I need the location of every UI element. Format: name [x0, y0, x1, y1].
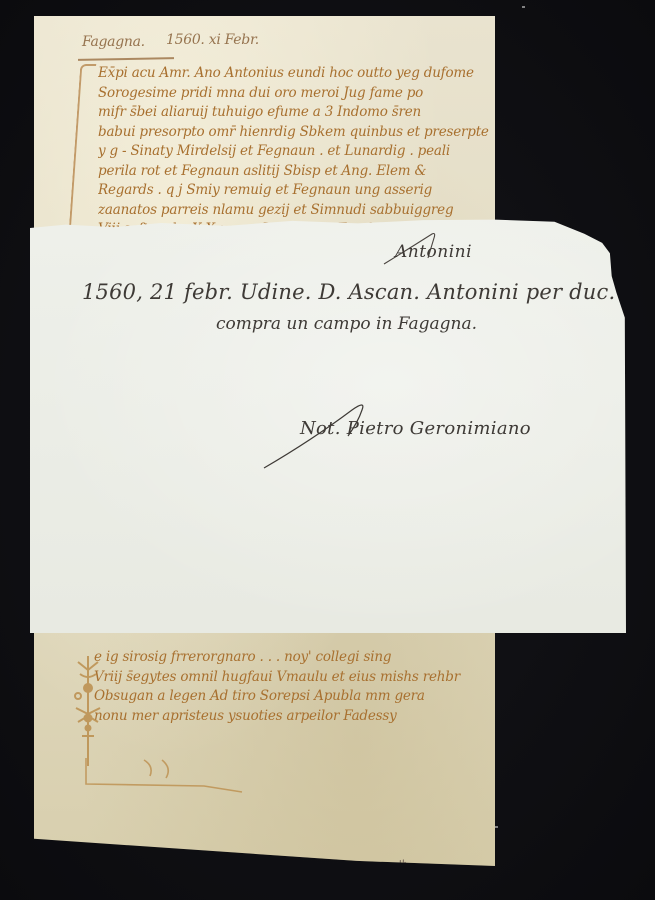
- archival-note-slip: Antonini 1560, 21 febr. Udine. D. Ascan.…: [30, 218, 626, 633]
- manuscript-heading-date: 1560. xi Febr.: [166, 32, 259, 48]
- closing-flourish-icon: [84, 756, 244, 796]
- heading-underline: [78, 57, 174, 61]
- scan-artifact: [522, 6, 525, 8]
- manuscript-line: zaanatos parreis nlamu gezij et Simnudi …: [98, 201, 518, 221]
- scan-background: Fagagna. 1560. xi Febr. Ex̄pi acu Amr. A…: [0, 0, 655, 900]
- manuscript-line: babui presorpto omr̄ hienrdig Sbkem quin…: [98, 123, 518, 143]
- slip-description-line: compra un campo in Fagagna.: [216, 314, 477, 334]
- manuscript-line: Vriij s̄egytes omnil hugfaui Vmaulu et e…: [94, 668, 524, 688]
- manuscript-line: nonu mer apristeus ysuoties arpeilor Fad…: [94, 707, 524, 727]
- manuscript-body-top: Ex̄pi acu Amr. Ano Antonius eundi hoc ou…: [98, 64, 518, 240]
- scan-artifact: [495, 826, 498, 828]
- manuscript-line: e ig sirosig frrerorgnaro . . . noy' col…: [94, 648, 524, 668]
- slip-header-name: Antonini: [395, 242, 472, 262]
- margin-bracket-flourish: [68, 64, 97, 246]
- manuscript-line: perila rot et Fegnaun aslitij Sbisp et A…: [98, 162, 518, 182]
- manuscript-line: y g - Sinaty Mirdelsij et Fegnaun . et L…: [98, 142, 518, 162]
- archival-mark: #: [394, 857, 409, 875]
- manuscript-line: Regards . q j Smiy remuig et Fegnaun ung…: [98, 181, 518, 201]
- manuscript-line: mifr s̄bei aliaruij tuhuigo efume a 3 In…: [98, 103, 518, 123]
- manuscript-heading-place: Fagagna.: [82, 34, 145, 50]
- slip-date-line: 1560, 21 febr. Udine. D. Ascan. Antonini…: [82, 280, 649, 304]
- manuscript-line: Obsugan a legen Ad tiro Sorepsi Apubla m…: [94, 687, 524, 707]
- manuscript-line: Sorogesime pridi mna dui oro meroi Jug f…: [98, 84, 518, 104]
- manuscript-line: Ex̄pi acu Amr. Ano Antonius eundi hoc ou…: [98, 64, 518, 84]
- notary-sign-ornament-icon: [70, 656, 106, 766]
- slip-signature: Not. Pietro Geronimiano: [300, 418, 531, 439]
- manuscript-body-bottom: e ig sirosig frrerorgnaro . . . noy' col…: [94, 648, 524, 726]
